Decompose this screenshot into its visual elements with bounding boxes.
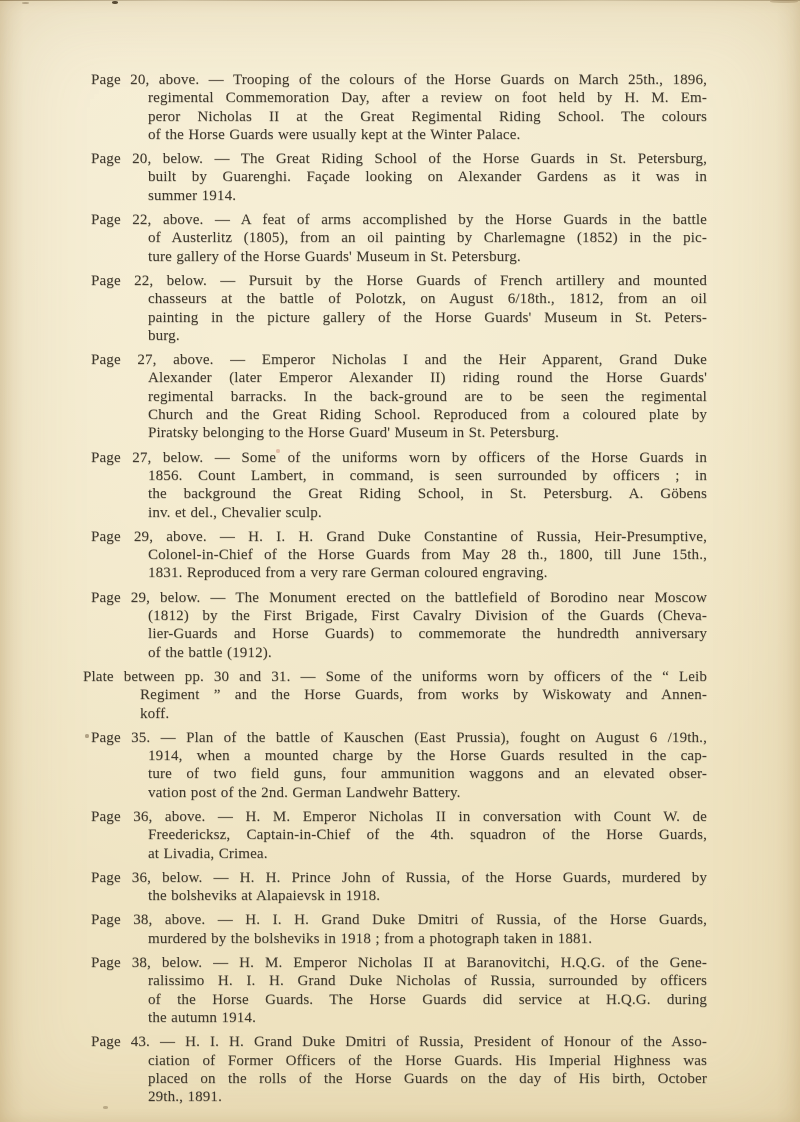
- entry-lead-line: Page 22, below. — Pursuit by the Horse G…: [91, 272, 707, 290]
- entry-line: ralissimo H. I. H. Grand Duke Nicholas o…: [91, 972, 707, 990]
- entry-line: ture of two field guns, four ammunition …: [91, 765, 707, 783]
- illustration-entry: Page 36, below. — H. H. Prince John of R…: [91, 869, 707, 906]
- entry-line: peror Nicholas II at the Great Regimenta…: [91, 108, 707, 126]
- entry-line: regimental barracks. In the back-ground …: [91, 388, 707, 406]
- entry-line: Regiment ” and the Horse Guards, from wo…: [83, 686, 707, 704]
- entry-line: of the Horse Guards were usually kept at…: [91, 126, 707, 144]
- illustration-entry: Page 22, below. — Pursuit by the Horse G…: [91, 272, 707, 345]
- illustration-entry: Page 27, above. — Emperor Nicholas I and…: [91, 351, 707, 442]
- entry-line: 1856. Count Lambert, in command, is seen…: [91, 467, 707, 485]
- entry-line: Church and the Great Riding School. Repr…: [91, 406, 707, 424]
- illustration-entry: Page 29, below. — The Monument erected o…: [91, 589, 707, 662]
- illustration-entry: Page 29, above. — H. I. H. Grand Duke Co…: [91, 528, 707, 583]
- entry-lead-line: Page 27, above. — Emperor Nicholas I and…: [91, 351, 707, 369]
- entry-lead-line: Page 20, above. — Trooping of the colour…: [91, 71, 707, 89]
- scan-speck: [770, 0, 798, 3]
- illustration-entry: Page 27, below. — Some of the uniforms w…: [91, 449, 707, 522]
- illustration-entry: Page 20, above. — Trooping of the colour…: [91, 71, 707, 144]
- entry-line: the autumn 1914.: [91, 1009, 707, 1027]
- entry-line: the background the Great Riding School, …: [91, 485, 707, 503]
- illustration-entry: Page 43. — H. I. H. Grand Duke Dmitri of…: [91, 1033, 707, 1106]
- entry-lead-line: Page 20, below. — The Great Riding Schoo…: [91, 150, 707, 168]
- entry-line: Freedericksz, Captain-in-Chief of the 4t…: [91, 826, 707, 844]
- entry-line: koff.: [83, 705, 707, 723]
- entry-line: ciation of Former Officers of the Horse …: [91, 1052, 707, 1070]
- entry-lead-line: Page 35. — Plan of the battle of Kausche…: [91, 729, 707, 747]
- illustrations-list: Page 20, above. — Trooping of the colour…: [91, 71, 707, 1112]
- book-page: Page 20, above. — Trooping of the colour…: [0, 0, 800, 1122]
- entry-lead-line: Page 22, above. — A feat of arms accompl…: [91, 211, 707, 229]
- entry-line: burg.: [91, 327, 707, 345]
- entry-line: vation post of the 2nd. German Landwehr …: [91, 784, 707, 802]
- scan-speck: [22, 2, 29, 4]
- entry-line: at Livadia, Crimea.: [91, 845, 707, 863]
- entry-lead-line: Page 29, below. — The Monument erected o…: [91, 589, 707, 607]
- entry-lead-line: Page 38, below. — H. M. Emperor Nicholas…: [91, 954, 707, 972]
- scan-speck: [112, 1, 118, 4]
- illustration-entry: Page 22, above. — A feat of arms accompl…: [91, 211, 707, 266]
- entry-line: of the Horse Guards. The Horse Guards di…: [91, 991, 707, 1009]
- entry-line: placed on the rolls of the Horse Guards …: [91, 1070, 707, 1088]
- entry-line: 1831. Reproduced from a very rare German…: [91, 564, 707, 582]
- entry-lead-line: Page 36, above. — H. M. Emperor Nicholas…: [91, 808, 707, 826]
- entry-line: painting in the picture gallery of the H…: [91, 309, 707, 327]
- entry-line: ture gallery of the Horse Guards' Museum…: [91, 248, 707, 266]
- illustration-entry: Page 36, above. — H. M. Emperor Nicholas…: [91, 808, 707, 863]
- entry-line: inv. et del., Chevalier sculp.: [91, 504, 707, 522]
- entry-line: Piratsky belonging to the Horse Guard' M…: [91, 424, 707, 442]
- entry-lead-line: Page 38, above. — H. I. H. Grand Duke Dm…: [91, 911, 707, 929]
- entry-line: Colonel-in-Chief of the Horse Guards fro…: [91, 546, 707, 564]
- entry-line: regimental Commemoration Day, after a re…: [91, 89, 707, 107]
- entry-line: built by Guarenghi. Façade looking on Al…: [91, 168, 707, 186]
- entry-line: (1812) by the First Brigade, First Caval…: [91, 607, 707, 625]
- entry-lead-line: Page 43. — H. I. H. Grand Duke Dmitri of…: [91, 1033, 707, 1051]
- entry-line: of the battle (1912).: [91, 644, 707, 662]
- illustration-entry: Page 38, below. — H. M. Emperor Nicholas…: [91, 954, 707, 1027]
- illustration-entry: Plate between pp. 30 and 31. — Some of t…: [83, 668, 707, 723]
- scan-speck: [85, 734, 89, 738]
- entry-lead-line: Page 27, below. — Some of the uniforms w…: [91, 449, 707, 467]
- entry-line: the bolsheviks at Alapaievsk in 1918.: [91, 887, 707, 905]
- illustration-entry: Page 20, below. — The Great Riding Schoo…: [91, 150, 707, 205]
- scan-edge-artifact: [0, 0, 800, 1]
- entry-lead-line: Page 29, above. — H. I. H. Grand Duke Co…: [91, 528, 707, 546]
- entry-line: of Austerlitz (1805), from an oil painti…: [91, 229, 707, 247]
- entry-line: 29th., 1891.: [91, 1088, 707, 1106]
- illustration-entry: Page 35. — Plan of the battle of Kausche…: [91, 729, 707, 802]
- entry-lead-line: Page 36, below. — H. H. Prince John of R…: [91, 869, 707, 887]
- illustration-entry: Page 38, above. — H. I. H. Grand Duke Dm…: [91, 911, 707, 948]
- entry-line: 1914, when a mounted charge by the Horse…: [91, 747, 707, 765]
- entry-line: lier-Guards and Horse Guards) to commemo…: [91, 625, 707, 643]
- entry-lead-line: Plate between pp. 30 and 31. — Some of t…: [83, 668, 707, 686]
- entry-line: summer 1914.: [91, 187, 707, 205]
- entry-line: Alexander (later Emperor Alexander II) r…: [91, 369, 707, 387]
- entry-line: chasseurs at the battle of Polotzk, on A…: [91, 290, 707, 308]
- entry-line: murdered by the bolsheviks in 1918 ; fro…: [91, 930, 707, 948]
